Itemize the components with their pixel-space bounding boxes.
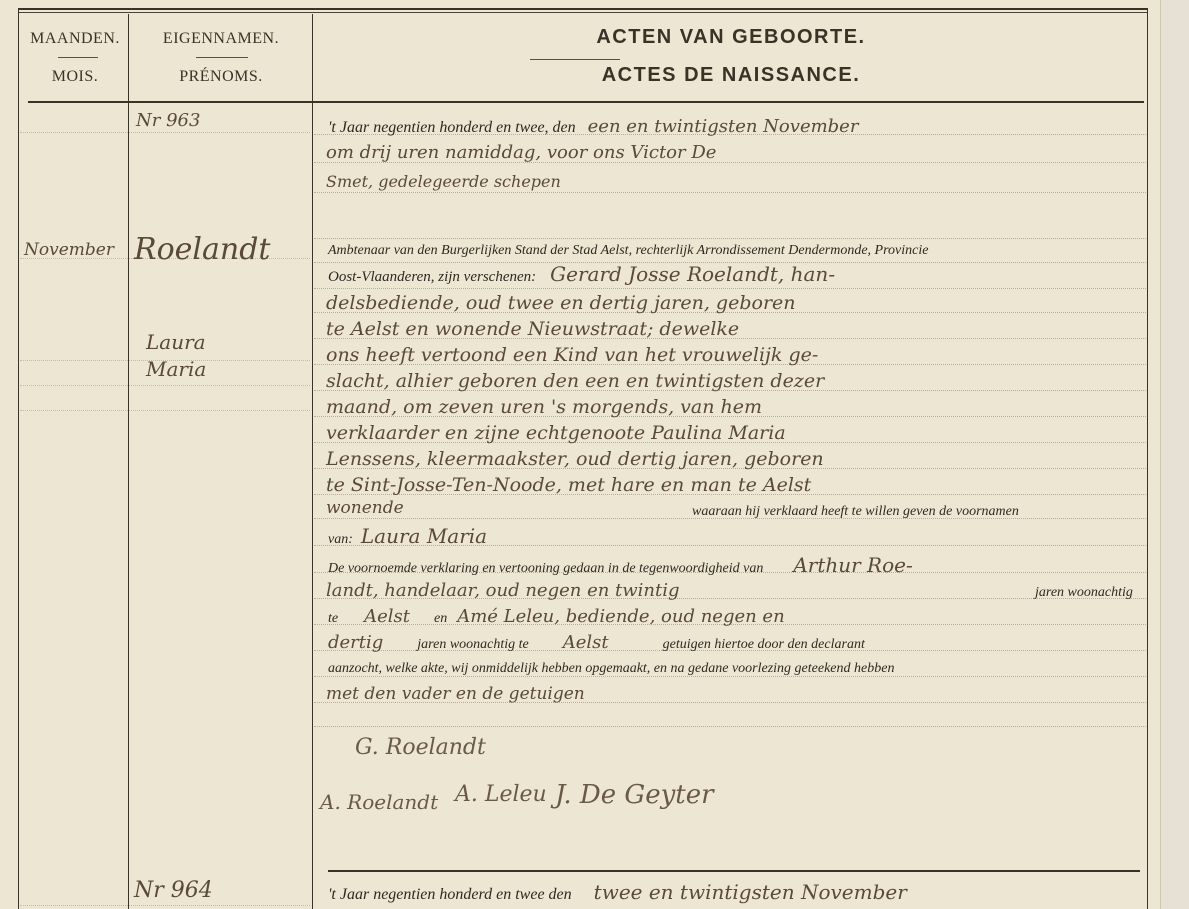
frame-left-border bbox=[18, 8, 19, 909]
act-line-19: dertig jaren woonachtig te Aelst getuige… bbox=[328, 632, 865, 653]
act-line-2: om drij uren namiddag, voor ons Victor D… bbox=[326, 142, 716, 163]
register-page: MAANDEN. MOIS. EIGENNAMEN. PRÉNOMS. ACTE… bbox=[0, 0, 1160, 909]
header-acts-fr: ACTES DE NAISSANCE. bbox=[314, 64, 1148, 87]
signature-2: A. Roelandt bbox=[320, 790, 438, 814]
header-names-rule bbox=[196, 57, 248, 58]
act-line-10: maand, om zeven uren 's morgends, van he… bbox=[326, 396, 762, 418]
entry-964-line-1: 't Jaar negentien honderd en twee den tw… bbox=[328, 880, 907, 904]
act-line-15: van: Laura Maria bbox=[328, 524, 487, 548]
header-months-fr: MOIS. bbox=[22, 68, 128, 86]
act-line-18: te Aelst en Amé Leleu, bediende, oud neg… bbox=[328, 606, 785, 627]
header-acts-nl: ACTEN VAN GEBOORTE. bbox=[314, 26, 1148, 49]
entry-month: November bbox=[24, 240, 114, 260]
act-line-3: Smet, gedelegeerde schepen bbox=[326, 172, 561, 191]
header-months-rule bbox=[58, 57, 98, 58]
signature-3: A. Leleu bbox=[455, 782, 547, 807]
column-divider-months bbox=[128, 14, 129, 909]
act-line-5: Oost-Vlaanderen, zijn verschenen: Gerard… bbox=[328, 262, 835, 286]
header-rule bbox=[28, 101, 1144, 103]
act-line-17-hand: landt, handelaar, oud negen en twintig bbox=[326, 580, 680, 601]
act-line-13: te Sint-Josse-Ten-Noode, met hare en man… bbox=[326, 474, 811, 496]
frame-right-border bbox=[1147, 8, 1148, 909]
act-line-7: te Aelst en wonende Nieuwstraat; dewelke bbox=[326, 318, 739, 340]
entry-number: Nr 963 bbox=[136, 110, 200, 131]
act-line-14-printed: waaraan hij verklaard heeft te willen ge… bbox=[692, 504, 1019, 520]
act-line-20: aanzocht, welke akte, wij onmiddelijk he… bbox=[328, 661, 894, 677]
entry-964-number: Nr 964 bbox=[134, 878, 213, 903]
act-line-16: De voornoemde verklaring en vertooning g… bbox=[328, 553, 913, 577]
signature-4: J. De Geyter bbox=[555, 780, 714, 810]
header-acts-rule bbox=[530, 59, 620, 60]
page-edge bbox=[1160, 0, 1189, 909]
entry-surname: Roelandt bbox=[134, 232, 270, 267]
act-line-6: delsbediende, oud twee en dertig jaren, … bbox=[326, 292, 796, 314]
header-months-nl: MAANDEN. bbox=[22, 30, 128, 48]
frame-top-border-inner bbox=[18, 12, 1148, 13]
act-line-14-hand: wonende bbox=[326, 498, 404, 518]
act-line-8: ons heeft vertoond een Kind van het vrou… bbox=[326, 344, 818, 366]
act-line-21: met den vader en de getuigen bbox=[326, 684, 585, 704]
act-line-17-printed: jaren woonachtig bbox=[1035, 585, 1133, 601]
act-line-4: Ambtenaar van den Burgerlijken Stand der… bbox=[328, 243, 928, 259]
entry-separator bbox=[328, 870, 1140, 872]
entry-given-name-1: Laura bbox=[146, 330, 206, 354]
act-line-11: verklaarder en zijne echtgenoote Paulina… bbox=[326, 422, 786, 444]
signature-1: G. Roelandt bbox=[355, 735, 486, 760]
header-names-fr: PRÉNOMS. bbox=[130, 68, 312, 86]
header-names-nl: EIGENNAMEN. bbox=[130, 30, 312, 48]
act-line-1: 't Jaar negentien honderd en twee, den e… bbox=[328, 116, 858, 137]
act-line-12: Lenssens, kleermaakster, oud dertig jare… bbox=[326, 448, 824, 470]
entry-given-name-2: Maria bbox=[146, 357, 206, 381]
act-line-9: slacht, alhier geboren den een en twinti… bbox=[326, 370, 824, 392]
column-divider-names bbox=[312, 14, 313, 909]
frame-top-border bbox=[18, 8, 1148, 10]
